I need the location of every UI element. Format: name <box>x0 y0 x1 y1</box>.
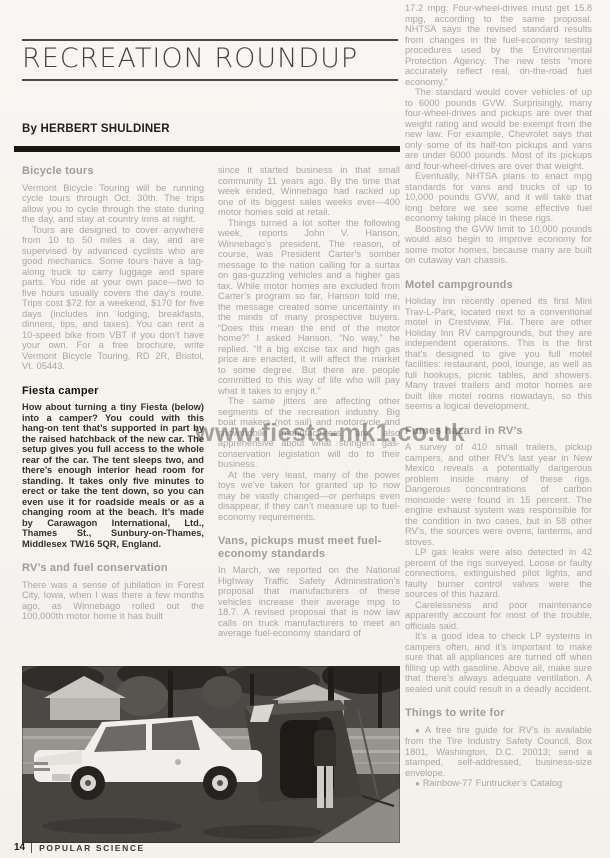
section-heading-motel-campgrounds: Motel campgrounds <box>405 279 592 292</box>
paragraph: How about turning a tiny Fiesta (below) … <box>22 402 204 549</box>
section-heading-rv-fuel-conservation: RV’s and fuel conservation <box>22 562 204 575</box>
paragraph: Things turned a lot softer the following… <box>218 218 400 397</box>
title-rule-top <box>22 39 398 41</box>
page-footer: 14 POPULAR SCIENCE <box>14 842 145 853</box>
divider-bar <box>14 146 400 152</box>
paragraph: Vermont Bicycle Touring will be running … <box>22 183 204 225</box>
column-1: Bicycle tours Vermont Bicycle Touring wi… <box>22 158 204 664</box>
bullet-icon: ● <box>415 726 422 735</box>
magazine-page: RECREATION ROUNDUP By HERBERT SHULDINER … <box>0 0 610 858</box>
page-number: 14 <box>14 842 25 853</box>
paragraph: It’s a good idea to check LP systems in … <box>405 631 592 694</box>
section-heading-bicycle-tours: Bicycle tours <box>22 165 204 178</box>
paragraph: Holiday Inn recently opened its first Mi… <box>405 296 592 412</box>
paragraph: 17.2 mpg. Four-wheel-drives must get 15.… <box>405 3 592 87</box>
byline: By HERBERT SHULDINER <box>22 123 170 135</box>
bullet-item: ●A free tire guide for RV’s is available… <box>405 725 592 779</box>
left-two-columns: Bicycle tours Vermont Bicycle Touring wi… <box>22 158 400 664</box>
column-2: since it started business in that small … <box>218 158 400 664</box>
section-heading-fiesta-camper: Fiesta camper <box>22 385 204 398</box>
paragraph: There was a sense of jubilation in Fores… <box>22 580 204 622</box>
paragraph: Boosting the GVW limit to 10,000 pounds … <box>405 224 592 266</box>
bullet-text: A free tire guide for RV’s is available … <box>405 725 592 778</box>
paragraph: Tours are designed to cover anywhere fro… <box>22 225 204 372</box>
section-heading-vans-pickups: Vans, pickups must meet fuel-economy sta… <box>218 535 400 560</box>
paragraph: Eventually, NHTSA plans to enact mpg sta… <box>405 171 592 224</box>
title-rule-bottom <box>22 79 398 81</box>
car-window <box>152 720 200 750</box>
section-heading-things-to-write-for: Things to write for <box>405 707 592 720</box>
license-plate <box>52 774 70 781</box>
paragraph: At the very least, many of the power toy… <box>218 470 400 523</box>
fiesta-camper-feature: Fiesta camper How about turning a tiny F… <box>22 385 204 550</box>
paragraph: LP gas leaks were also detected in 42 pe… <box>405 547 592 600</box>
paragraph: The standard would cover vehicles of up … <box>405 87 592 171</box>
page-title: RECREATION ROUNDUP <box>22 43 402 74</box>
bullet-icon: ● <box>415 779 420 788</box>
photo-illustration <box>22 666 400 843</box>
bullet-item: ●Rainbow-77 Funtrucker’s Catalog <box>405 778 592 790</box>
watermark-overlay: www.fiesta-mk1.co.uk <box>195 419 465 448</box>
paragraph: A survey of 410 small trailers, pickup c… <box>405 442 592 547</box>
paragraph: since it started business in that small … <box>218 165 400 218</box>
paragraph: In March, we reported on the National Hi… <box>218 565 400 639</box>
paragraph: Carelessness and poor maintenance appare… <box>405 600 592 632</box>
fiesta-camper-photo <box>22 666 400 843</box>
magazine-name: POPULAR SCIENCE <box>31 843 145 853</box>
bullet-text: Rainbow-77 Funtrucker’s Catalog <box>423 778 562 788</box>
